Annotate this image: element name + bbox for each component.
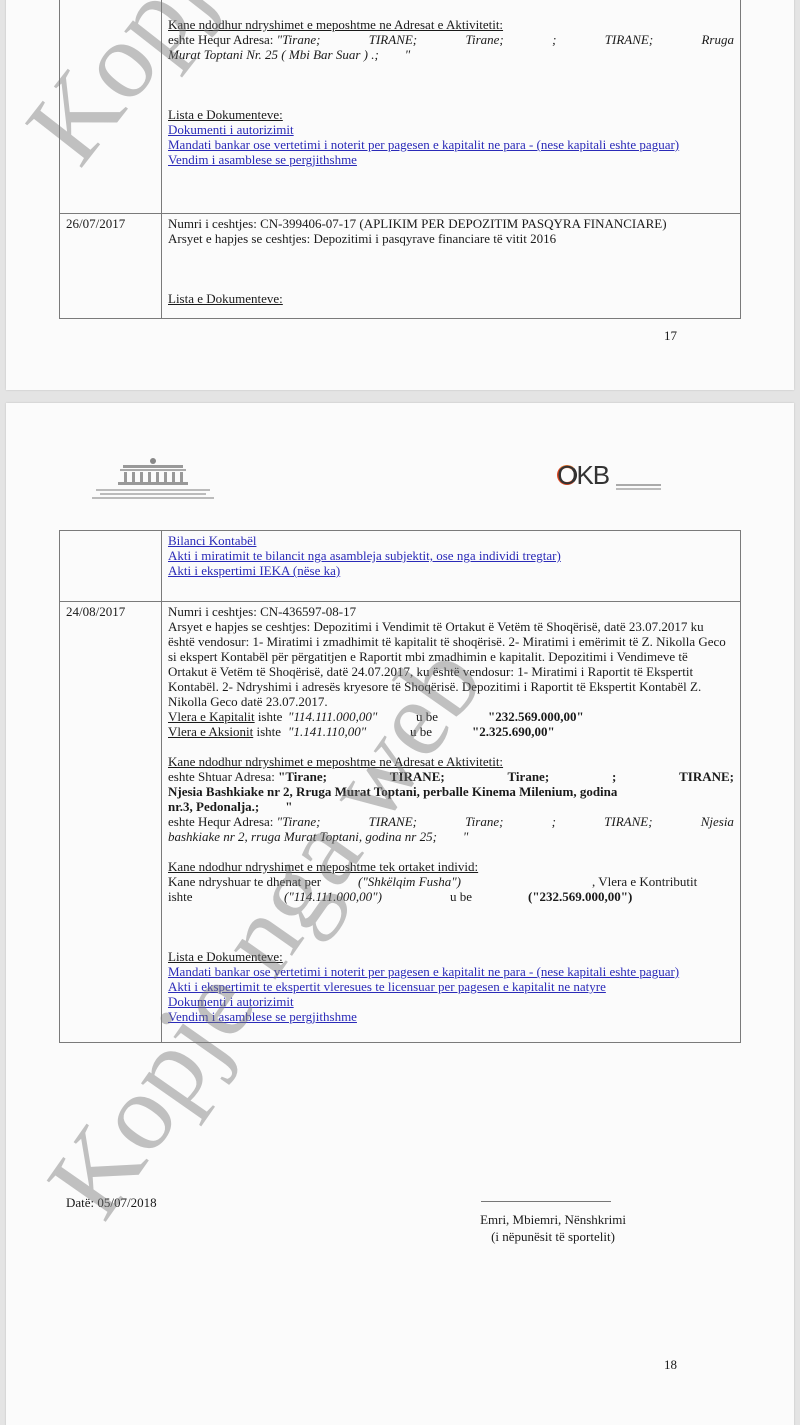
document-link[interactable]: Vendim i asamblese se pergjithshme xyxy=(168,1009,734,1024)
added-address-line: eshte Shtuar Adresa: "Tirane; TIRANE; Ti… xyxy=(168,769,734,784)
page-number: 18 xyxy=(664,1357,677,1373)
removed-address-line: eshte Hequr Adresa: "Tirane; TIRANE; Tir… xyxy=(168,32,734,47)
date-cell: 26/07/2017 xyxy=(60,214,162,319)
address-part: TIRANE; xyxy=(604,814,652,829)
share-label-wrap: Vlera e Aksionit ishte xyxy=(168,724,288,739)
documents-heading: Lista e Dokumenteve: xyxy=(168,107,734,122)
partner-changes-heading: Kane ndodhur ndryshimet e meposhtme tek … xyxy=(168,859,734,874)
was-text: ishte xyxy=(258,709,283,724)
okb-subtitle xyxy=(616,484,661,486)
removed-address-line2: bashkiake nr 2, rruga Murat Toptani, god… xyxy=(168,829,734,844)
details-cell: Bilanci Kontabël Akti i miratimit te bil… xyxy=(162,531,741,602)
case-history-table: Kane ndodhur ndryshimet e meposhtme ne A… xyxy=(59,0,741,319)
added-address-label: eshte Shtuar Adresa: "Tirane; xyxy=(168,769,327,784)
case-reason: Arsyet e hapjes se ceshtjes: Depozitimi … xyxy=(168,231,734,246)
details-cell: Numri i ceshtjes: CN-399406-07-17 (APLIK… xyxy=(162,214,741,319)
case-history-table: Bilanci Kontabël Akti i miratimit te bil… xyxy=(59,530,741,1043)
signature-label-line2: (i nëpunësit të sportelit) xyxy=(468,1228,638,1245)
page-number: 17 xyxy=(664,328,677,344)
added-address-line2: Njesia Bashkiake nr 2, Rruga Murat Topta… xyxy=(168,784,734,799)
removed-address-line: eshte Hequr Adresa: "Tirane; TIRANE; Tir… xyxy=(168,814,734,829)
page-17: Kane ndodhur ndryshimet e meposhtme ne A… xyxy=(6,0,794,390)
removed-address-label: eshte Hequr Adresa: "Tirane; xyxy=(168,814,320,829)
date-cell xyxy=(60,0,162,214)
address-part: Rruga xyxy=(701,32,734,47)
capital-value-row: Vlera e Kapitalit ishte "114.111.000,00"… xyxy=(168,709,734,724)
address-part: "Tirane; xyxy=(277,32,321,47)
removed-address-label: eshte Hequr Adresa: "Tirane; xyxy=(168,32,320,47)
document-link[interactable]: Akti i ekspertimit te ekspertit vleresue… xyxy=(168,979,734,994)
table-row: Kane ndodhur ndryshimet e meposhtme ne A… xyxy=(60,0,741,214)
address-part: ; xyxy=(612,769,616,784)
signature-line xyxy=(481,1201,611,1202)
address-part: Njesia xyxy=(701,814,734,829)
share-value-row: Vlera e Aksionit ishte "1.141.110,00" u … xyxy=(168,724,734,739)
table-row: 26/07/2017 Numri i ceshtjes: CN-399406-0… xyxy=(60,214,741,319)
document-link[interactable]: Akti i miratimit te bilancit nga asamble… xyxy=(168,548,734,563)
added-address-line3: nr.3, Pedonalja.; " xyxy=(168,799,734,814)
address-part: Tirane; xyxy=(508,769,550,784)
was-text: ishte xyxy=(256,724,281,739)
signature-label-line1: Emri, Mbiemri, Nënshkrimi xyxy=(468,1211,638,1228)
address-part: TIRANE; xyxy=(390,769,445,784)
share-label: Vlera e Aksionit xyxy=(168,724,253,739)
address-part: "Tirane; xyxy=(277,814,321,829)
removed-address-line2: Murat Toptani Nr. 25 ( Mbi Bar Suar ) .;… xyxy=(168,47,734,62)
case-number: Numri i ceshtjes: CN-436597-08-17 xyxy=(168,604,734,619)
document-link[interactable]: Mandati bankar ose vertetimi i noterit p… xyxy=(168,964,734,979)
became-text: u be xyxy=(416,709,488,724)
address-part: ; xyxy=(552,814,556,829)
details-cell: Numri i ceshtjes: CN-436597-08-17 Arsyet… xyxy=(162,602,741,1043)
was-text: ishte xyxy=(168,889,284,904)
address-part: Tirane; xyxy=(465,32,503,47)
document-link[interactable]: Mandati bankar ose vertetimi i noterit p… xyxy=(168,137,734,152)
issue-date: Datë: 05/07/2018 xyxy=(66,1195,157,1211)
address-changes-heading: Kane ndodhur ndryshimet e meposhtme ne A… xyxy=(168,17,734,32)
address-part: TIRANE; xyxy=(369,32,417,47)
details-cell: Kane ndodhur ndryshimet e meposhtme ne A… xyxy=(162,0,741,214)
capital-label-wrap: Vlera e Kapitalit ishte xyxy=(168,709,288,724)
case-number: Numri i ceshtjes: CN-399406-07-17 (APLIK… xyxy=(168,216,734,231)
label: eshte Hequr Adresa: xyxy=(168,814,277,829)
documents-heading: Lista e Dokumenteve: xyxy=(168,291,734,306)
documents-heading: Lista e Dokumenteve: xyxy=(168,949,734,964)
document-link[interactable]: Bilanci Kontabël xyxy=(168,533,734,548)
contribution-old-value: ("114.111.000,00") xyxy=(284,889,450,904)
partner-changed-row: Kane ndryshuar te dhenat per ("Shkëlqim … xyxy=(168,874,734,889)
date-cell: 24/08/2017 xyxy=(60,602,162,1043)
table-row: 24/08/2017 Numri i ceshtjes: CN-436597-0… xyxy=(60,602,741,1043)
became-text: u be xyxy=(450,889,528,904)
document-link[interactable]: Dokumenti i autorizimit xyxy=(168,994,734,1009)
contribution-new-value: ("232.569.000,00") xyxy=(528,889,632,904)
label: eshte Hequr Adresa: xyxy=(168,32,277,47)
became-text: u be xyxy=(410,724,472,739)
document-link[interactable]: Vendim i asamblese se pergjithshme xyxy=(168,152,734,167)
address-changes-heading: Kane ndodhur ndryshimet e meposhtme ne A… xyxy=(168,754,734,769)
address-part: ; xyxy=(552,32,556,47)
document-link[interactable]: Akti i ekspertimi IEKA (nëse ka) xyxy=(168,563,734,578)
ministry-building-logo-icon xyxy=(88,455,218,503)
capital-new-value: "232.569.000,00" xyxy=(488,709,584,724)
partner-name: ("Shkëlqim Fusha") xyxy=(358,874,592,889)
document-link[interactable]: Dokumenti i autorizimit xyxy=(168,122,734,137)
page-18: OOKB Bilanci Kontabël Akti i miratimit t… xyxy=(6,403,794,1425)
address-part: TIRANE; xyxy=(605,32,653,47)
address-part: TIRANE; xyxy=(679,769,734,784)
capital-old-value: "114.111.000,00" xyxy=(288,709,416,724)
capital-label: Vlera e Kapitalit xyxy=(168,709,255,724)
address-part: TIRANE; xyxy=(369,814,417,829)
date-cell xyxy=(60,531,162,602)
okb-text: OKB xyxy=(557,460,609,490)
okb-logo-text: OOKB xyxy=(558,460,609,491)
okb-logo: OOKB xyxy=(556,458,666,498)
label: eshte Shtuar Adresa: xyxy=(168,769,278,784)
address-part: Tirane; xyxy=(465,814,503,829)
signature-label: Emri, Mbiemri, Nënshkrimi (i nëpunësit t… xyxy=(468,1211,638,1245)
table-row: Bilanci Kontabël Akti i miratimit te bil… xyxy=(60,531,741,602)
contribution-label: , Vlera e Kontributit xyxy=(592,874,697,889)
address-part: "Tirane; xyxy=(278,769,327,784)
share-old-value: "1.141.110,00" xyxy=(288,724,410,739)
case-reason: Arsyet e hapjes se ceshtjes: Depozitimi … xyxy=(168,619,734,709)
contribution-row: ishte ("114.111.000,00") u be ("232.569.… xyxy=(168,889,734,904)
share-new-value: "2.325.690,00" xyxy=(472,724,555,739)
partner-changed-label: Kane ndryshuar te dhenat per xyxy=(168,874,358,889)
